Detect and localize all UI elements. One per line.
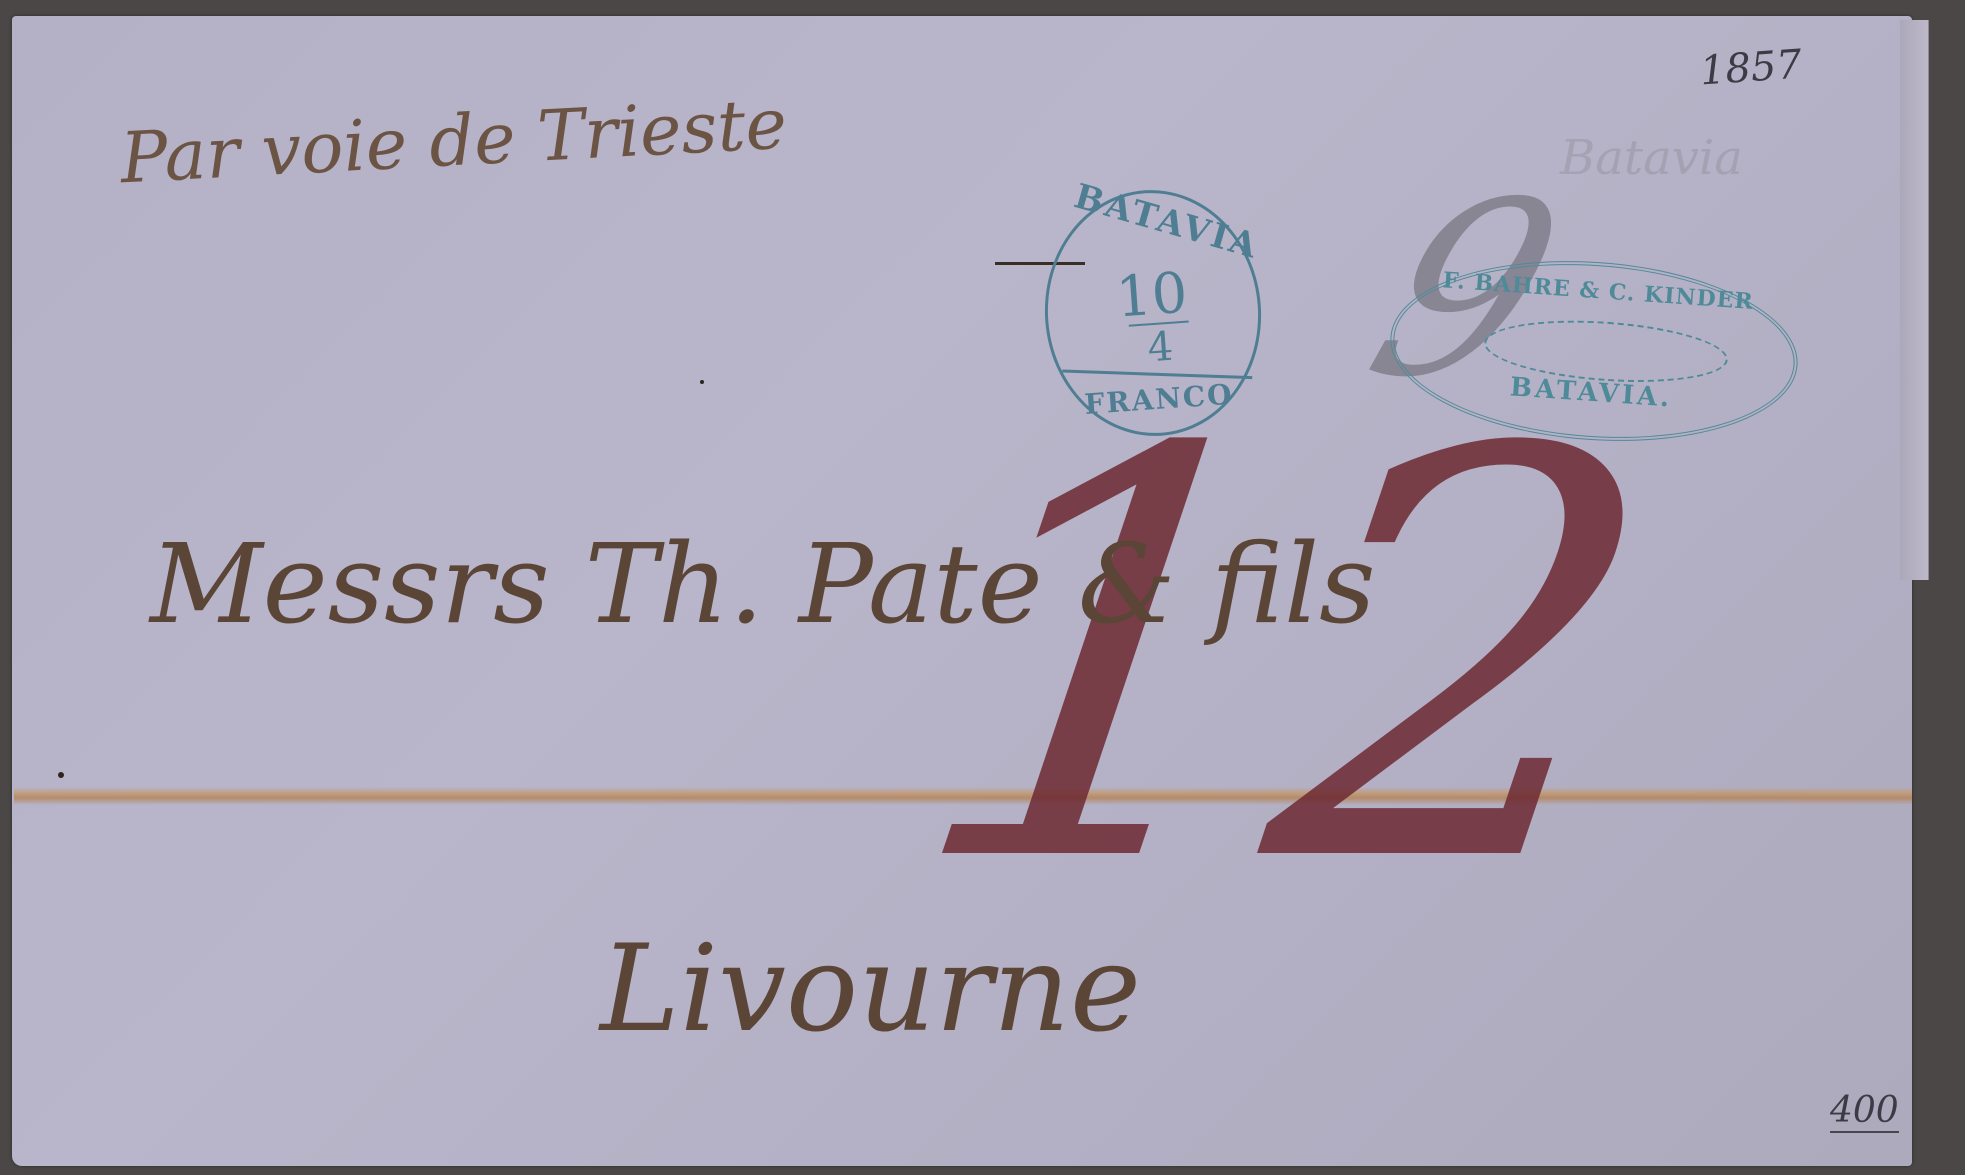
destination-city: Livourne [600,920,1141,1059]
ink-spot [700,380,704,384]
year-note: 1857 [1699,42,1804,95]
price-note: 400 [1830,1090,1899,1133]
red-rate-marking: 12 [891,380,1682,940]
ink-spot [58,772,64,778]
letter-right-edge [1900,20,1929,580]
addressee: Messrs Th. Pate & fils [150,520,1376,648]
